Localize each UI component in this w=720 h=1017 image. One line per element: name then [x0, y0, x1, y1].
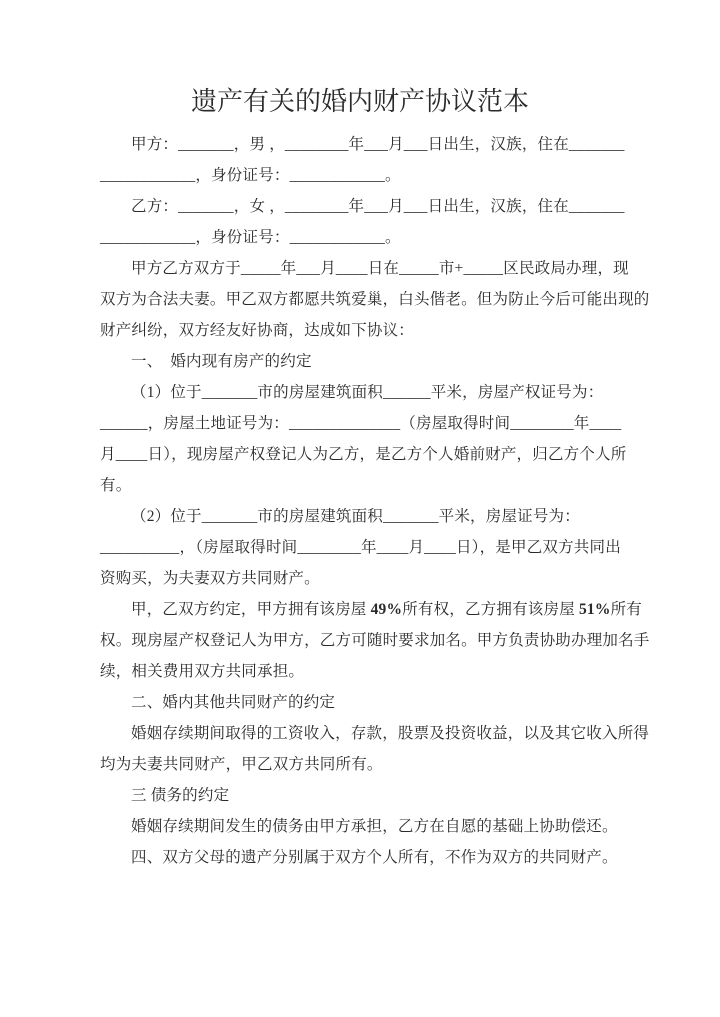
line-ownership-split: 甲，乙双方约定，甲方拥有该房屋 49%所有权，乙方拥有该房屋 51%所有	[100, 594, 620, 625]
line-joint-property: 婚姻存续期间取得的工资收入，存款，股票及投资收益，以及其它收入所得	[100, 718, 620, 749]
document-body: 甲方：_______，男 ，________年___月___日出生，汉族，住在_…	[100, 129, 620, 873]
line-marriage-reg-3: 财产纠纷，双方经友好协商，达成如下协议：	[100, 315, 620, 346]
line-party-a: 甲方：_______，男 ，________年___月___日出生，汉族，住在_…	[100, 129, 620, 160]
line-party-b: 乙方：_______，女 ，________年___月___日出生，汉族，住在_…	[100, 191, 620, 222]
line-marriage-reg-2: 双方为合法夫妻。甲乙双方都愿共筑爱巢，白头偕老。但为防止今后可能出现的	[100, 284, 620, 315]
party-b-percentage: 51%	[579, 601, 611, 618]
ownership-text-post: 所有	[611, 601, 642, 618]
line-ownership-split-3: 续，相关费用双方共同承担。	[100, 656, 620, 687]
heading-section-2: 二、婚内其他共同财产的约定	[100, 687, 620, 718]
line-house-2-2: __________，（房屋取得时间________年____月____日），是…	[100, 532, 620, 563]
party-a-percentage: 49%	[371, 601, 403, 618]
line-house-1-2: ______，房屋土地证号为：______________（房屋取得时间____…	[100, 408, 620, 439]
line-ownership-split-2: 权。现房屋产权登记人为甲方，乙方可随时要求加名。甲方负责协助办理加名手	[100, 625, 620, 656]
line-house-1: （1）位于_______市的房屋建筑面积______平米，房屋产权证号为：	[100, 377, 620, 408]
document-page: 遗产有关的婚内财产协议范本 甲方：_______，男 ，________年___…	[0, 0, 720, 1017]
line-debt: 婚姻存续期间发生的债务由甲方承担，乙方在自愿的基础上协助偿还。	[100, 811, 620, 842]
document-title: 遗产有关的婚内财产协议范本	[0, 82, 720, 122]
line-joint-property-2: 均为夫妻共同财产，甲乙双方共同所有。	[100, 749, 620, 780]
heading-section-3: 三 债务的约定	[100, 780, 620, 811]
line-house-1-3: 月____日），现房屋产权登记人为乙方，是乙方个人婚前财产，归乙方个人所	[100, 439, 620, 470]
line-house-2-3: 资购买，为夫妻双方共同财产。	[100, 563, 620, 594]
ownership-text-mid: 所有权，乙方拥有该房屋	[402, 601, 579, 618]
line-house-1-4: 有。	[100, 470, 620, 501]
line-party-b-id: ____________，身份证号：____________。	[100, 222, 620, 253]
line-marriage-reg: 甲方乙方双方于_____年___月____日在_____市+_____区民政局办…	[100, 253, 620, 284]
ownership-text-pre: 甲，乙双方约定，甲方拥有该房屋	[131, 601, 371, 618]
heading-section-1: 一、 婚内现有房产的约定	[100, 346, 620, 377]
line-inheritance: 四、双方父母的遗产分别属于双方个人所有，不作为双方的共同财产。	[100, 842, 620, 873]
line-party-a-id: ____________，身份证号：____________。	[100, 160, 620, 191]
line-house-2: （2）位于_______市的房屋建筑面积_______平米，房屋证号为：	[100, 501, 620, 532]
